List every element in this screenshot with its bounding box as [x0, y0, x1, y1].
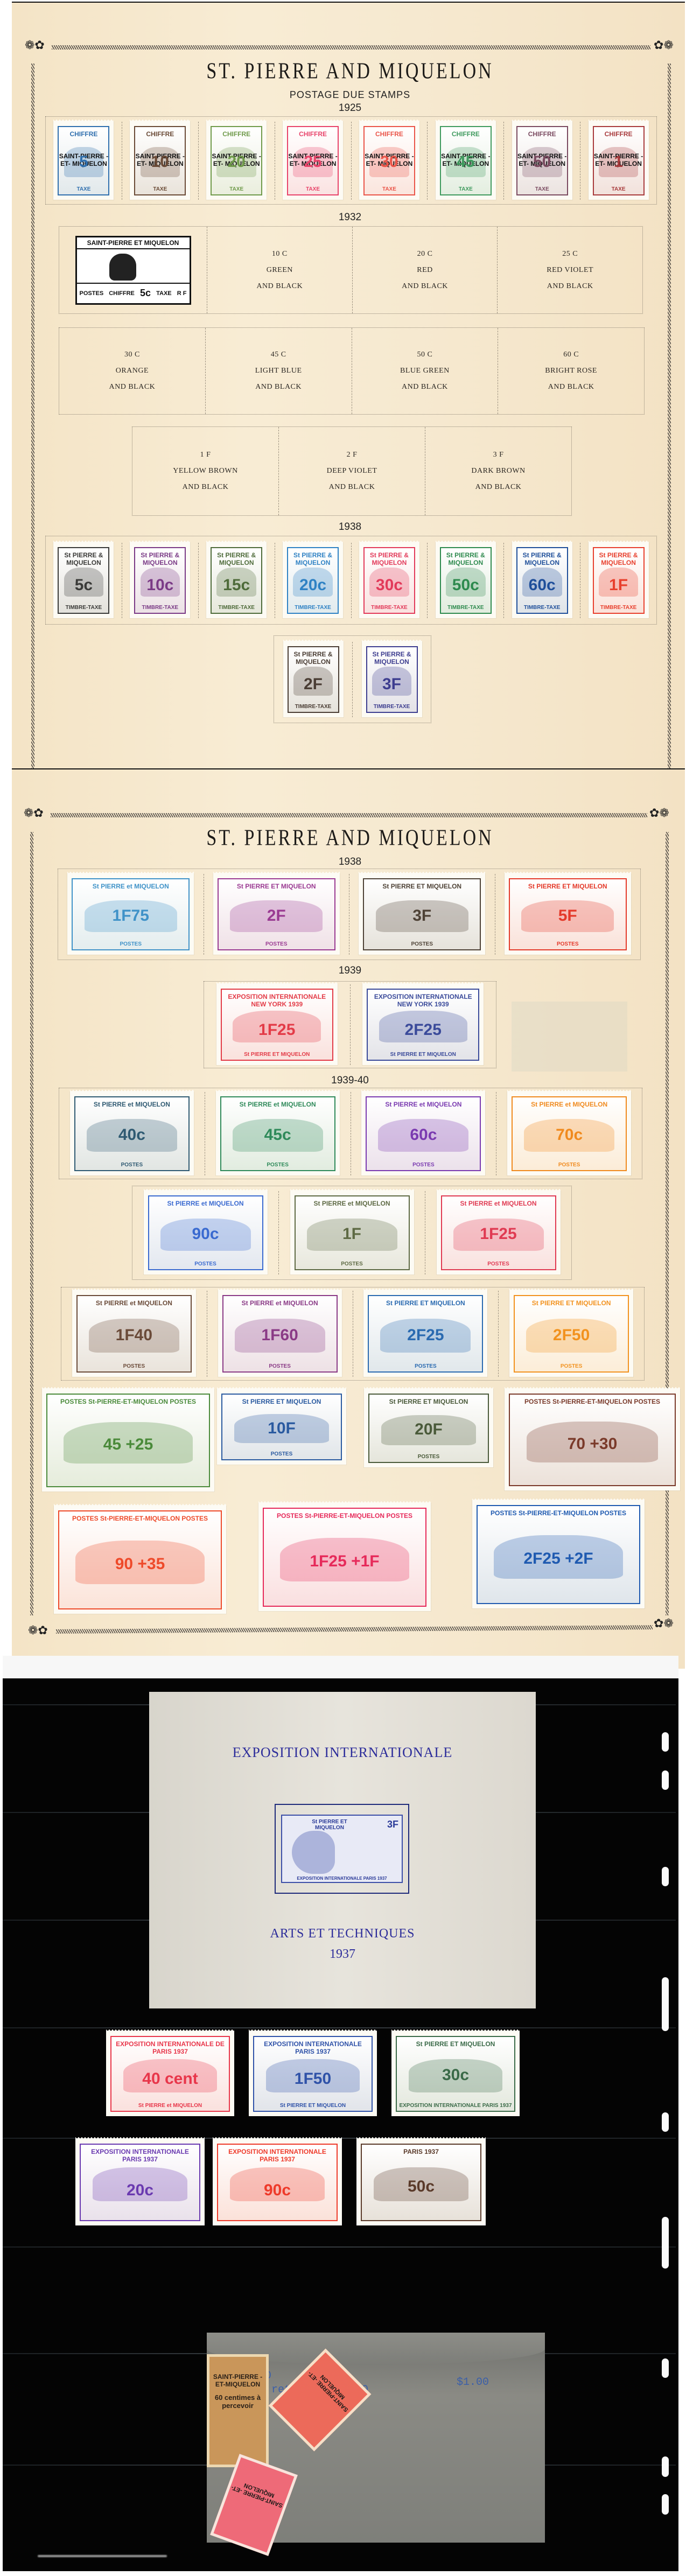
border-left	[30, 832, 33, 1615]
description-line: DEEP VIOLET	[327, 463, 377, 479]
stamp-cell: St PIERRE & MIQUELON1FTIMBRE-TAXE	[580, 543, 656, 618]
footer-value: 5c	[140, 288, 151, 299]
stamp-mount-row: St PIERRE & MIQUELON2FTIMBRE-TAXESt PIER…	[274, 635, 431, 723]
stamp-top-text: CHIFFRE	[605, 127, 633, 138]
binder-hole	[662, 2217, 669, 2269]
binder-hole	[662, 1867, 669, 1886]
stamp[interactable]: CHIFFRE5TAXESAINT-PIERRE -ET- MIQUELON	[53, 122, 114, 200]
stamp-bottom-text: St PIERRE et MIQUELON	[138, 2103, 202, 2111]
illustration-header: SAINT-PIERRE ET MIQUELON	[77, 237, 190, 249]
stamp-value: 5	[79, 153, 88, 171]
stamp-face: CHIFFRE20TAXESAINT-PIERRE -ET- MIQUELON	[211, 126, 262, 195]
stamp-bottom-text: POSTES	[411, 941, 433, 949]
stamp-cell: St PIERRE et MIQUELON40cPOSTES	[59, 1092, 205, 1175]
strip-reflection	[38, 2555, 167, 2557]
profile-figure-icon	[292, 1831, 335, 1874]
stamp-top-text: St PIERRE & MIQUELON	[367, 647, 417, 666]
stamp-cell: St PIERRE & MIQUELON60cTIMBRE-TAXE	[504, 543, 580, 618]
section-year: 1938	[0, 521, 700, 533]
stamp-bottom-text: POSTES	[415, 1363, 437, 1371]
stamp-description: 1 FYELLOW BROWNAND BLACK	[173, 447, 237, 495]
footer-right: TAXE	[156, 290, 172, 297]
stamp-bottom-text: POSTES	[412, 1162, 435, 1170]
sheet-stamp-label: St PIERRE ET MIQUELON	[308, 1819, 351, 1831]
stamp-mount-row: EXPOSITION INTERNATIONALE NEW YORK 19391…	[204, 981, 496, 1068]
stamp-cell: CHIFFRE1TAXESAINT-PIERRE -ET- MIQUELON	[580, 122, 656, 200]
stamp-description: 3 FDARK BROWNAND BLACK	[471, 447, 525, 495]
stamp-top-text: St PIERRE ET MIQUELON	[242, 1395, 321, 1405]
stamp-top-text: St PIERRE ET MIQUELON	[386, 1296, 465, 1307]
stamp[interactable]: EXPOSITION INTERNATIONALE DE PARIS 19374…	[106, 2032, 234, 2116]
sheet-stamp-footer: EXPOSITION INTERNATIONALE PARIS 1937	[282, 1876, 402, 1881]
stamp-value: 15c	[223, 577, 250, 594]
stamp-value: 60c	[410, 1126, 437, 1144]
stamp-space-row: SAINT-PIERRE ET MIQUELON POSTES CHIFFRE …	[59, 226, 643, 314]
stamp[interactable]: PARIS 193750c	[356, 2139, 486, 2225]
stamp-value: 90c	[192, 1226, 219, 1243]
stamp-space: 50 CBLUE GREENAND BLACK	[352, 328, 499, 414]
stamp-value: 25	[304, 153, 321, 171]
stamp-value: 1F60	[261, 1327, 298, 1344]
stamp-top-text: St PIERRE et MIQUELON	[242, 1296, 318, 1307]
sheet-title: EXPOSITION INTERNATIONALE	[149, 1745, 536, 1761]
stamp-top-text: CHIFFRE	[528, 127, 556, 138]
stamp-face: POSTES St-PIERRE-ET-MIQUELON POSTES1F25 …	[263, 1508, 426, 1607]
stamp-mount-row: St PIERRE et MIQUELON90cPOSTESSt PIERRE …	[132, 1186, 572, 1280]
description-line: AND BLACK	[109, 379, 155, 395]
stamp-illustration: SAINT-PIERRE ET MIQUELON POSTES CHIFFRE …	[75, 236, 191, 305]
stamp-bottom-text: TIMBRE-TAXE	[447, 605, 484, 613]
stamp-face: POSTES St-PIERRE-ET-MIQUELON POSTES45 +2…	[46, 1394, 210, 1487]
stamp-top-text: St PIERRE & MIQUELON	[441, 548, 491, 566]
stamp[interactable]: St PIERRE & MIQUELON1FTIMBRE-TAXE	[589, 543, 649, 618]
stamp-value: 2F	[304, 676, 323, 693]
stamp-cell: EXPOSITION INTERNATIONALE NEW YORK 19392…	[351, 984, 496, 1065]
binder-hole	[662, 1732, 669, 1752]
stamp-space: 25 CRED VIOLETAND BLACK	[498, 227, 642, 313]
stamp-space: 1 FYELLOW BROWNAND BLACK	[132, 427, 279, 515]
stamp-value: 90c	[264, 2182, 291, 2199]
stamp[interactable]: St PIERRE et MIQUELON1F40POSTES	[72, 1291, 196, 1377]
stamp-cell: EXPOSITION INTERNATIONALE NEW YORK 19391…	[204, 984, 351, 1065]
stamp[interactable]: St PIERRE ET MIQUELON2F25POSTES	[363, 1291, 487, 1377]
stamp-face: POSTES St-PIERRE-ET-MIQUELON POSTES90 +3…	[58, 1510, 222, 1609]
stamp[interactable]: St PIERRE et MIQUELON60cPOSTES	[361, 1092, 485, 1175]
description-line: AND BLACK	[471, 479, 525, 495]
stock-strip	[3, 2027, 676, 2028]
binder-hole	[662, 2456, 669, 2477]
stamp-bottom-text: TIMBRE-TAXE	[374, 704, 410, 712]
stamp-bottom-text: TIMBRE-TAXE	[524, 605, 561, 613]
border-left	[31, 64, 34, 769]
stamp[interactable]: St PIERRE et MIQUELON1FPOSTES	[290, 1191, 414, 1275]
stamp-face: St PIERRE et MIQUELON1F40POSTES	[76, 1295, 192, 1373]
stamp-top-text: POSTES St-PIERRE-ET-MIQUELON POSTES	[524, 1395, 660, 1405]
stamp-bottom-text: TAXE	[535, 186, 549, 194]
stamp[interactable]: POSTES St-PIERRE-ET-MIQUELON POSTES1F25 …	[258, 1503, 431, 1611]
page-title: ST. PIERRE AND MIQUELON	[0, 59, 700, 85]
stamp-bottom-text: POSTES	[558, 1162, 580, 1170]
stamp-face: CHIFFRE1TAXESAINT-PIERRE -ET- MIQUELON	[593, 126, 645, 195]
stamp-cell: St PIERRE et MIQUELON45cPOSTES	[205, 1092, 351, 1175]
stamp[interactable]: St PIERRE ET MIQUELON20FPOSTES	[364, 1389, 493, 1467]
stamp-bottom-text: TAXE	[229, 186, 243, 194]
stamp-mount-row: St PIERRE et MIQUELON1F40POSTESSt PIERRE…	[61, 1287, 645, 1381]
description-line: AND BLACK	[545, 379, 597, 395]
stamp-bottom-text: TAXE	[612, 186, 626, 194]
stamp-face: CHIFFRE25TAXESAINT-PIERRE -ET- MIQUELON	[287, 126, 339, 195]
stamp-cell: St PIERRE & MIQUELON30cTIMBRE-TAXE	[352, 543, 428, 618]
stamp-value: 45 +25	[103, 1436, 153, 1453]
stamp[interactable]: POSTES St-PIERRE-ET-MIQUELON POSTES2F25 …	[472, 1501, 645, 1608]
stamp-face: St PIERRE et MIQUELON90cPOSTES	[148, 1195, 263, 1270]
stamp-face: St PIERRE & MIQUELON60cTIMBRE-TAXE	[516, 547, 568, 614]
stamp-bottom-text: TIMBRE-TAXE	[142, 605, 179, 613]
stamp-value: 90 +35	[115, 1556, 165, 1573]
stock-row: EXPOSITION INTERNATIONALE DE PARIS 19374…	[106, 2032, 521, 2116]
stamp[interactable]: St PIERRE ET MIQUELON30cEXPOSITION INTER…	[391, 2032, 520, 2116]
description-line: AND BLACK	[173, 479, 237, 495]
stamp-bottom-text: St PIERRE ET MIQUELON	[390, 1052, 456, 1060]
page-gap	[3, 1656, 678, 1678]
stamp-bottom-text: POSTES	[265, 941, 288, 949]
stamp[interactable]: St PIERRE et MIQUELON1F60POSTES	[218, 1291, 342, 1377]
description-line: DARK BROWN	[471, 463, 525, 479]
stamp-description: 2 FDEEP VIOLETAND BLACK	[327, 447, 377, 495]
stamp-face: St PIERRE et MIQUELON60cPOSTES	[366, 1096, 481, 1171]
stamp[interactable]: CHIFFRE20TAXESAINT-PIERRE -ET- MIQUELON	[206, 122, 267, 200]
stamp-value: 3F	[412, 907, 431, 925]
sheet-stamp-frame: St PIERRE ET MIQUELON 3F EXPOSITION INTE…	[275, 1804, 409, 1894]
stamp-top-text: St PIERRE et MIQUELON	[385, 1097, 461, 1108]
stamp-description: 25 CRED VIOLETAND BLACK	[547, 246, 593, 295]
stamp-bottom-text: TIMBRE-TAXE	[66, 605, 102, 613]
stamp[interactable]: CHIFFRE10TAXESAINT-PIERRE -ET- MIQUELON	[130, 122, 190, 200]
stamp-space: 20 CREDAND BLACK	[353, 227, 498, 313]
stamp-cell: CHIFFRE45TAXESAINT-PIERRE -ET- MIQUELON	[428, 122, 504, 200]
stamp-top-text: St PIERRE et MIQUELON	[94, 1097, 170, 1108]
stamp-bottom-text: TIMBRE-TAXE	[371, 605, 408, 613]
stamp-top-text: CHIFFRE	[69, 127, 97, 138]
stamp-top-text: St PIERRE et MIQUELON	[93, 879, 169, 890]
stamp-face: EXPOSITION INTERNATIONALE DE PARIS 19374…	[110, 2036, 230, 2112]
stamp-mount-row: POSTES St-PIERRE-ET-MIQUELON POSTES45 +2…	[42, 1389, 680, 1492]
stamp-cell: CHIFFRE10TAXESAINT-PIERRE -ET- MIQUELON	[122, 122, 199, 200]
stamp-description: 60 CBRIGHT ROSEAND BLACK	[545, 347, 597, 395]
stamp[interactable]: St PIERRE & MIQUELON30cTIMBRE-TAXE	[359, 543, 419, 618]
stamp[interactable]: St PIERRE ET MIQUELON5FPOSTES	[505, 874, 631, 955]
corner-ornament-icon: ✿❁	[649, 808, 669, 820]
stamp-top-text: EXPOSITION INTERNATIONALE PARIS 1937	[254, 2037, 372, 2055]
stamp-top-text: St PIERRE & MIQUELON	[59, 548, 108, 566]
stamp-value: 1F25	[258, 1021, 295, 1039]
stamp-face: POSTES St-PIERRE-ET-MIQUELON POSTES70 +3…	[509, 1394, 676, 1486]
stamp-value: 3F	[382, 676, 401, 693]
stamp-face: St PIERRE ET MIQUELON2F25POSTES	[368, 1295, 483, 1373]
stamp-face: EXPOSITION INTERNATIONALE PARIS 193720c	[80, 2144, 200, 2221]
description-line: 45 C	[255, 347, 302, 363]
stamp-top-text: St PIERRE & MIQUELON	[517, 548, 567, 566]
dog-figure-icon	[109, 254, 136, 281]
section-year: 1939	[0, 965, 700, 977]
stamp[interactable]: St PIERRE ET MIQUELON2FPOSTES	[213, 874, 340, 955]
stamp-bottom-text: TIMBRE-TAXE	[600, 605, 637, 613]
stamp-bottom-text: POSTES	[271, 1451, 293, 1459]
stamp[interactable]: St PIERRE & MIQUELON60cTIMBRE-TAXE	[512, 543, 572, 618]
stamp[interactable]: EXPOSITION INTERNATIONALE PARIS 19371F50…	[249, 2032, 377, 2116]
stamp-cell: St PIERRE et MIQUELON70cPOSTES	[496, 1092, 642, 1175]
stamp-cell: St PIERRE & MIQUELON3FTIMBRE-TAXE	[353, 642, 431, 717]
description-line: 3 F	[471, 447, 525, 463]
stamp-bottom-text: EXPOSITION INTERNATIONALE PARIS 1937	[399, 2103, 512, 2111]
stamp-bottom-text: TAXE	[76, 186, 90, 194]
description-line: RED	[402, 262, 448, 278]
stamp-space-row: 1 FYELLOW BROWNAND BLACK2 FDEEP VIOLETAN…	[132, 426, 572, 516]
section-year: 1932	[0, 212, 700, 223]
stamp-cell: CHIFFRE30TAXESAINT-PIERRE -ET- MIQUELON	[352, 122, 428, 200]
stamp-value: 20c	[127, 2182, 153, 2199]
stamp[interactable]: St PIERRE et MIQUELON1F75POSTES	[67, 874, 194, 955]
stamp[interactable]: St PIERRE ET MIQUELON3FPOSTES	[359, 874, 485, 955]
sheet-subtitle: ARTS ET TECHNIQUES	[149, 1927, 536, 1941]
border-right	[666, 832, 669, 1615]
stamp[interactable]: EXPOSITION INTERNATIONALE PARIS 193790c	[213, 2139, 342, 2225]
stamp[interactable]: POSTES St-PIERRE-ET-MIQUELON POSTES90 +3…	[54, 1506, 226, 1614]
stamp-face: St PIERRE & MIQUELON2FTIMBRE-TAXE	[288, 646, 339, 713]
stamp-value: 2F50	[553, 1327, 590, 1344]
stamp-bottom-text: POSTES	[561, 1363, 583, 1371]
binder-hole	[662, 2358, 669, 2378]
stamp-cell: St PIERRE et MIQUELON1FPOSTES	[279, 1191, 425, 1275]
stamp[interactable]: St PIERRE & MIQUELON5cTIMBRE-TAXE	[53, 543, 114, 618]
stamp-value: 1F50	[295, 2070, 331, 2088]
stamp-top-text: PARIS 1937	[403, 2145, 439, 2155]
stamp-space-row: 30 CORANGEAND BLACK45 CLIGHT BLUEAND BLA…	[59, 327, 645, 415]
envelope-price: $1.00	[457, 2376, 489, 2390]
stamp-face: EXPOSITION INTERNATIONALE NEW YORK 19391…	[221, 989, 333, 1061]
stamp[interactable]: St PIERRE & MIQUELON2FTIMBRE-TAXE	[283, 642, 344, 717]
stamp-value: 50c	[408, 2178, 435, 2195]
stamp-value: 1F75	[113, 907, 149, 925]
stamp[interactable]: POSTES St-PIERRE-ET-MIQUELON POSTES70 +3…	[505, 1389, 680, 1490]
stamp-face: St PIERRE et MIQUELON1FPOSTES	[295, 1195, 410, 1270]
page-title: ST. PIERRE AND MIQUELON	[0, 825, 700, 851]
description-line: AND BLACK	[256, 278, 303, 295]
stamp-face: CHIFFRE5TAXESAINT-PIERRE -ET- MIQUELON	[58, 126, 109, 195]
stamp[interactable]: CHIFFRE25TAXESAINT-PIERRE -ET- MIQUELON	[283, 122, 343, 200]
stamp-bottom-text: POSTES	[121, 1162, 143, 1170]
stamp-space: 30 CORANGEAND BLACK	[59, 328, 206, 414]
stamp-cell: St PIERRE ET MIQUELON3FPOSTES	[349, 874, 495, 955]
stamp-bottom-text: TIMBRE-TAXE	[295, 704, 332, 712]
corner-ornament-icon: ❁✿	[25, 40, 45, 52]
stamp-top-text: St PIERRE & MIQUELON	[212, 548, 261, 566]
description-line: AND BLACK	[327, 479, 377, 495]
stamp-top-text: St PIERRE et MIQUELON	[460, 1196, 536, 1207]
binder-hole	[662, 1770, 669, 1790]
stamp-cell: St PIERRE et MIQUELON60cPOSTES	[351, 1092, 497, 1175]
description-line: AND BLACK	[400, 379, 450, 395]
stamp-mount-row: St PIERRE et MIQUELON40cPOSTESSt PIERRE …	[59, 1088, 642, 1179]
souvenir-sheet[interactable]: EXPOSITION INTERNATIONALE St PIERRE ET M…	[149, 1692, 536, 2008]
stamp[interactable]: CHIFFRE50TAXESAINT-PIERRE -ET- MIQUELON	[512, 122, 572, 200]
stamp-top-text: St PIERRE & MIQUELON	[288, 548, 338, 566]
stamp-value: 60 centimes à percevoir	[209, 2393, 266, 2410]
stamp-top-text: POSTES St-PIERRE-ET-MIQUELON POSTES	[277, 1509, 412, 1520]
stamp[interactable]: POSTES St-PIERRE-ET-MIQUELON POSTES45 +2…	[42, 1389, 214, 1492]
stamp-bottom-text: POSTES	[194, 1261, 216, 1269]
stamp-value: 45c	[264, 1126, 291, 1144]
stamp[interactable]: St PIERRE ET MIQUELON10FPOSTES	[217, 1389, 346, 1465]
stamp-face: St PIERRE et MIQUELON70cPOSTES	[512, 1096, 627, 1171]
stamp[interactable]: St PIERRE et MIQUELON45cPOSTES	[216, 1092, 340, 1175]
stamp-top-text: St PIERRE & MIQUELON	[365, 548, 414, 566]
stamp-top-text: EXPOSITION INTERNATIONALE PARIS 1937	[81, 2145, 199, 2163]
stamp-face: St PIERRE et MIQUELON1F75POSTES	[72, 878, 190, 950]
stamp-top-text: St PIERRE et MIQUELON	[313, 1196, 390, 1207]
stamp-face: St PIERRE ET MIQUELON5FPOSTES	[509, 878, 627, 950]
stamp-value: 2F	[267, 907, 286, 925]
stamp-top-text: EXPOSITION INTERNATIONALE NEW YORK 1939	[368, 990, 478, 1008]
footer-corner: R F	[177, 290, 187, 297]
stamp-value: 1F40	[116, 1327, 152, 1344]
stamp-value: 1F25 +1F	[310, 1553, 379, 1570]
stamp-top-text: St PIERRE ET MIQUELON	[416, 2037, 495, 2048]
stamp-cell: St PIERRE & MIQUELON5cTIMBRE-TAXE	[46, 543, 122, 618]
stamp[interactable]: St PIERRE & MIQUELON20cTIMBRE-TAXE	[283, 543, 343, 618]
stamp-bottom-text: POSTES	[418, 1454, 440, 1462]
stamp-bottom-text: TAXE	[153, 186, 167, 194]
glassine-envelope[interactable]: J10 to J20 11 values retail at $2.00 in …	[207, 2333, 545, 2543]
stamp-top-text: St PIERRE et MIQUELON	[531, 1097, 607, 1108]
stamp[interactable]: EXPOSITION INTERNATIONALE PARIS 193720c	[75, 2139, 205, 2225]
stamp-face: St PIERRE et MIQUELON45cPOSTES	[220, 1096, 335, 1171]
stamp-top-text: POSTES St-PIERRE-ET-MIQUELON POSTES	[60, 1395, 196, 1405]
stamp-top-text: St PIERRE et MIQUELON	[167, 1196, 243, 1207]
stamp-value: 45	[457, 153, 474, 171]
stamp[interactable]: St PIERRE et MIQUELON40cPOSTES	[70, 1092, 194, 1175]
stamp[interactable]: St PIERRE ET MIQUELON2F50POSTES	[509, 1291, 633, 1377]
stamp-value: 10	[151, 153, 169, 171]
stamp-value: 30	[380, 153, 398, 171]
stock-strip	[3, 2246, 676, 2248]
stamp-value: 2F25 +2F	[523, 1550, 593, 1567]
section-year: 1938	[0, 856, 700, 868]
border-right	[668, 64, 671, 769]
stamp-value: 5F	[558, 907, 577, 925]
stamp-top-text: EXPOSITION INTERNATIONALE PARIS 1937	[218, 2145, 337, 2163]
description-line: GREEN	[256, 262, 303, 278]
stamp-top-text: St PIERRE ET MIQUELON	[532, 1296, 611, 1307]
stamp[interactable]: CHIFFRE45TAXESAINT-PIERRE -ET- MIQUELON	[436, 122, 496, 200]
stamp-face: CHIFFRE45TAXESAINT-PIERRE -ET- MIQUELON	[440, 126, 492, 195]
stamp-description: 10 CGREENAND BLACK	[256, 246, 303, 295]
stamp-overprint: SAINT-PIERRE -ET- MIQUELON	[229, 2477, 287, 2509]
stamp-space: 45 CLIGHT BLUEAND BLACK	[206, 328, 352, 414]
stamp-value: 50c	[452, 577, 479, 594]
stamp-value: 40c	[118, 1126, 145, 1144]
stamp[interactable]: St PIERRE et MIQUELON70cPOSTES	[507, 1092, 631, 1175]
stamp-bottom-text: POSTES	[557, 941, 579, 949]
stamp[interactable]: CHIFFRE1TAXESAINT-PIERRE -ET- MIQUELON	[589, 122, 649, 200]
description-line: ORANGE	[109, 363, 155, 379]
stamp-cell: St PIERRE et MIQUELON90cPOSTES	[132, 1191, 279, 1275]
stamp-space: 2 FDEEP VIOLETAND BLACK	[279, 427, 425, 515]
corner-ornament-icon: ✿❁	[654, 40, 674, 52]
section-subtitle: POSTAGE DUE STAMPS	[0, 89, 700, 101]
stamp-value: 50	[533, 153, 551, 171]
description-line: 50 C	[400, 347, 450, 363]
stamp-face: CHIFFRE50TAXESAINT-PIERRE -ET- MIQUELON	[516, 126, 568, 195]
stamp-bottom-text: POSTES	[123, 1363, 145, 1371]
corner-ornament-icon: ❁✿	[28, 1625, 48, 1637]
stamp[interactable]: EXPOSITION INTERNATIONALE NEW YORK 19392…	[362, 984, 484, 1065]
stamp[interactable]: St PIERRE & MIQUELON15cTIMBRE-TAXE	[206, 543, 267, 618]
stamp-top-text: St PIERRE ET MIQUELON	[237, 879, 316, 890]
stamp-value: 1F	[609, 577, 628, 594]
stamp-bottom-text: TIMBRE-TAXE	[218, 605, 255, 613]
description-line: AND BLACK	[255, 379, 302, 395]
corner-ornament-icon: ❁✿	[24, 808, 44, 820]
stamp[interactable]: EXPOSITION INTERNATIONALE NEW YORK 19391…	[216, 984, 338, 1065]
stamp-face: St PIERRE et MIQUELON1F60POSTES	[222, 1295, 338, 1373]
stamp-top-text: CHIFFRE	[375, 127, 403, 138]
stamp[interactable]: CHIFFRE30TAXESAINT-PIERRE -ET- MIQUELON	[359, 122, 419, 200]
description-line: 1 F	[173, 447, 237, 463]
stamp-value: 70 +30	[568, 1436, 618, 1453]
stamp-overprint: SAINT-PIERRE -ET- MIQUELON	[305, 2364, 356, 2415]
stamp-face: St PIERRE & MIQUELON50cTIMBRE-TAXE	[440, 547, 492, 614]
illustration-footer: POSTES CHIFFRE 5c TAXE R F	[77, 283, 190, 303]
stamp[interactable]: St PIERRE et MIQUELON90cPOSTES	[144, 1191, 268, 1275]
stamp-top-text: St PIERRE et MIQUELON	[96, 1296, 172, 1307]
stamp-cell: St PIERRE ET MIQUELON2F25POSTES	[353, 1291, 499, 1377]
stamp[interactable]: St PIERRE & MIQUELON3FTIMBRE-TAXE	[362, 642, 422, 717]
stamp[interactable]: St PIERRE & MIQUELON10cTIMBRE-TAXE	[130, 543, 190, 618]
stamp-top-text: CHIFFRE	[146, 127, 174, 138]
stamp-cell: St PIERRE & MIQUELON50cTIMBRE-TAXE	[428, 543, 504, 618]
stamp-description: 50 CBLUE GREENAND BLACK	[400, 347, 450, 395]
stamp-bottom-text: St PIERRE ET MIQUELON	[280, 2103, 346, 2111]
sheet-stamp: St PIERRE ET MIQUELON 3F EXPOSITION INTE…	[281, 1815, 403, 1883]
stamp-top-text: St PIERRE et MIQUELON	[240, 1097, 316, 1108]
stamp-cell: CHIFFRE50TAXESAINT-PIERRE -ET- MIQUELON	[504, 122, 580, 200]
stamp-bottom-text: St PIERRE ET MIQUELON	[244, 1052, 310, 1060]
stamp-bottom-text: TIMBRE-TAXE	[295, 605, 331, 613]
stamp-bottom-text: TAXE	[382, 186, 396, 194]
stamp-top-text: St PIERRE & MIQUELON	[289, 647, 338, 666]
stamp-face: St PIERRE ET MIQUELON2FPOSTES	[218, 878, 335, 950]
stamp-cell: CHIFFRE5TAXESAINT-PIERRE -ET- MIQUELON	[46, 122, 122, 200]
illustration-cell: SAINT-PIERRE ET MIQUELON POSTES CHIFFRE …	[59, 227, 207, 313]
stamp-face: St PIERRE & MIQUELON30cTIMBRE-TAXE	[363, 547, 415, 614]
section-year: 1925	[0, 102, 700, 114]
footer-center: CHIFFRE	[109, 290, 135, 297]
stamp-value: 5c	[75, 577, 93, 594]
stamp-top-text: CHIFFRE	[452, 127, 480, 138]
stamp-mount-row: St PIERRE & MIQUELON5cTIMBRE-TAXESt PIER…	[45, 536, 657, 625]
stamp-face: PARIS 193750c	[361, 2144, 481, 2221]
stamp[interactable]: St PIERRE & MIQUELON50cTIMBRE-TAXE	[436, 543, 496, 618]
stamp-overprint: SAINT-PIERRE -ET-MIQUELON	[209, 2373, 266, 2388]
stamp-face: St PIERRE & MIQUELON10cTIMBRE-TAXE	[134, 547, 186, 614]
stamp-top-text: EXPOSITION INTERNATIONALE NEW YORK 1939	[222, 990, 332, 1008]
stamp-bottom-text: TAXE	[306, 186, 320, 194]
stamp-face: St PIERRE & MIQUELON20cTIMBRE-TAXE	[287, 547, 339, 614]
stamp-value: 70c	[556, 1126, 583, 1144]
stamp[interactable]: St PIERRE et MIQUELON1F25POSTES	[437, 1191, 561, 1275]
stamp-bottom-text: POSTES	[267, 1162, 289, 1170]
